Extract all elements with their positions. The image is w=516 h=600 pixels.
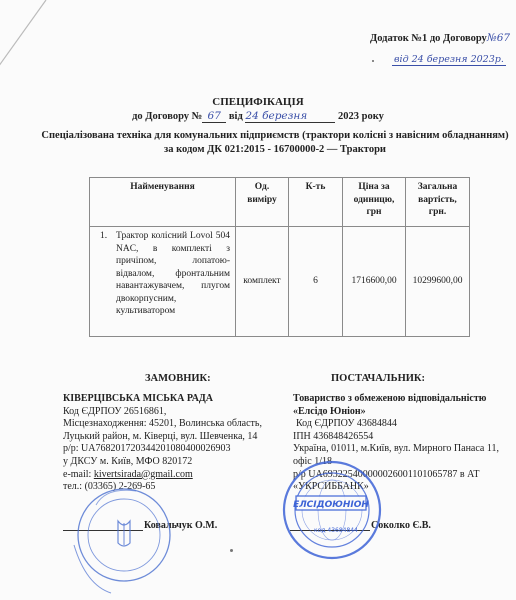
customer-name: КІВЕРЦІВСЬКА МІСЬКА РАДА (63, 393, 283, 406)
column-header-name: Найменування (90, 178, 236, 227)
contract-reference: до Договору №67 від 24 березня 2023 року (0, 110, 516, 123)
speck (230, 549, 233, 552)
customer-details: КІВЕРЦІВСЬКА МІСЬКА РАДА Код ЄДРПОУ 2651… (63, 393, 283, 494)
supplier-signature-line (290, 530, 370, 531)
column-header-total: Загальна вартість, грн. (406, 178, 470, 227)
cell-quantity: 6 (289, 227, 343, 337)
specification-description: Спеціалізована техніка для комунальних п… (40, 129, 510, 157)
table-row: 1.Трактор колісний Lovol 504 NAC, в комп… (90, 227, 470, 337)
appendix-date: від 24 березня 2023р. (392, 54, 506, 66)
speck (372, 60, 374, 62)
customer-bank: у ДКСУ м. Київ, МФО 820172 (63, 456, 283, 469)
document-title: СПЕЦИФІКАЦІЯ (0, 96, 516, 108)
supplier-account: р/р UA693225400000026001101065787 в АТ «… (293, 469, 516, 494)
cell-unit: комплект (236, 227, 289, 337)
row-number: 1. (100, 230, 116, 243)
svg-text:ЕЛСІДОЮНІОН: ЕЛСІДОЮНІОН (293, 500, 369, 510)
email-label: e-mail: (63, 469, 91, 480)
item-name: Трактор колісний Lovol 504 NAC, в компле… (116, 230, 230, 318)
customer-account: р/р: UA768201720344201080400026903 (63, 443, 283, 456)
supplier-tax-id: ІПН 436848426554 (293, 431, 516, 444)
column-header-unit-price: Ціна за одиницю, грн (343, 178, 406, 227)
contract-number: 67 (202, 110, 226, 123)
cell-total: 10299600,00 (406, 227, 470, 337)
column-header-unit: Од. виміру (236, 178, 289, 227)
contract-date: 24 березня (245, 110, 335, 123)
contract-prefix: до Договору № (132, 111, 202, 122)
customer-signatory: Ковальчук О.М. (144, 520, 217, 531)
customer-code: Код ЄДРПОУ 26516861, (63, 406, 283, 419)
page-fold-mark (0, 0, 54, 600)
cell-unit-price: 1716600,00 (343, 227, 406, 337)
supplier-details: Товариство з обмеженою відповідальністю … (293, 393, 516, 494)
supplier-code: Код ЄДРПОУ 43684844 (293, 418, 516, 431)
supplier-name: Товариство з обмеженою відповідальністю … (293, 393, 516, 418)
customer-heading: ЗАМОВНИК: (145, 373, 211, 384)
supplier-address: Україна, 01011, м.Київ, вул. Мирного Пан… (293, 443, 516, 468)
cell-name: 1.Трактор колісний Lovol 504 NAC, в комп… (90, 227, 236, 337)
supplier-signatory: Соколко Є.В. (371, 520, 431, 531)
customer-signature-line (63, 530, 143, 531)
specification-table: Найменування Од. виміру К-ть Ціна за оди… (89, 177, 470, 337)
appendix-text: Додаток №1 до Договору (370, 33, 487, 44)
customer-stamp-icon (66, 485, 186, 595)
customer-phone: тел.: (03365) 2-269-65 (63, 481, 283, 494)
appendix-contract-number: №67 (487, 32, 510, 44)
column-header-quantity: К-ть (289, 178, 343, 227)
customer-email-line: e-mail: kivertsirada@gmail.com (63, 469, 283, 482)
customer-address: Місцезнаходження: 45201, Волинська облас… (63, 418, 283, 443)
contract-year: 2023 року (338, 111, 384, 122)
customer-email-link[interactable]: kivertsirada@gmail.com (94, 469, 193, 480)
supplier-heading: ПОСТАЧАЛЬНИК: (331, 373, 425, 384)
appendix-label: Додаток №1 до Договору№67 (370, 32, 510, 44)
date-prefix: від (229, 111, 243, 122)
table-header-row: Найменування Од. виміру К-ть Ціна за оди… (90, 178, 470, 227)
